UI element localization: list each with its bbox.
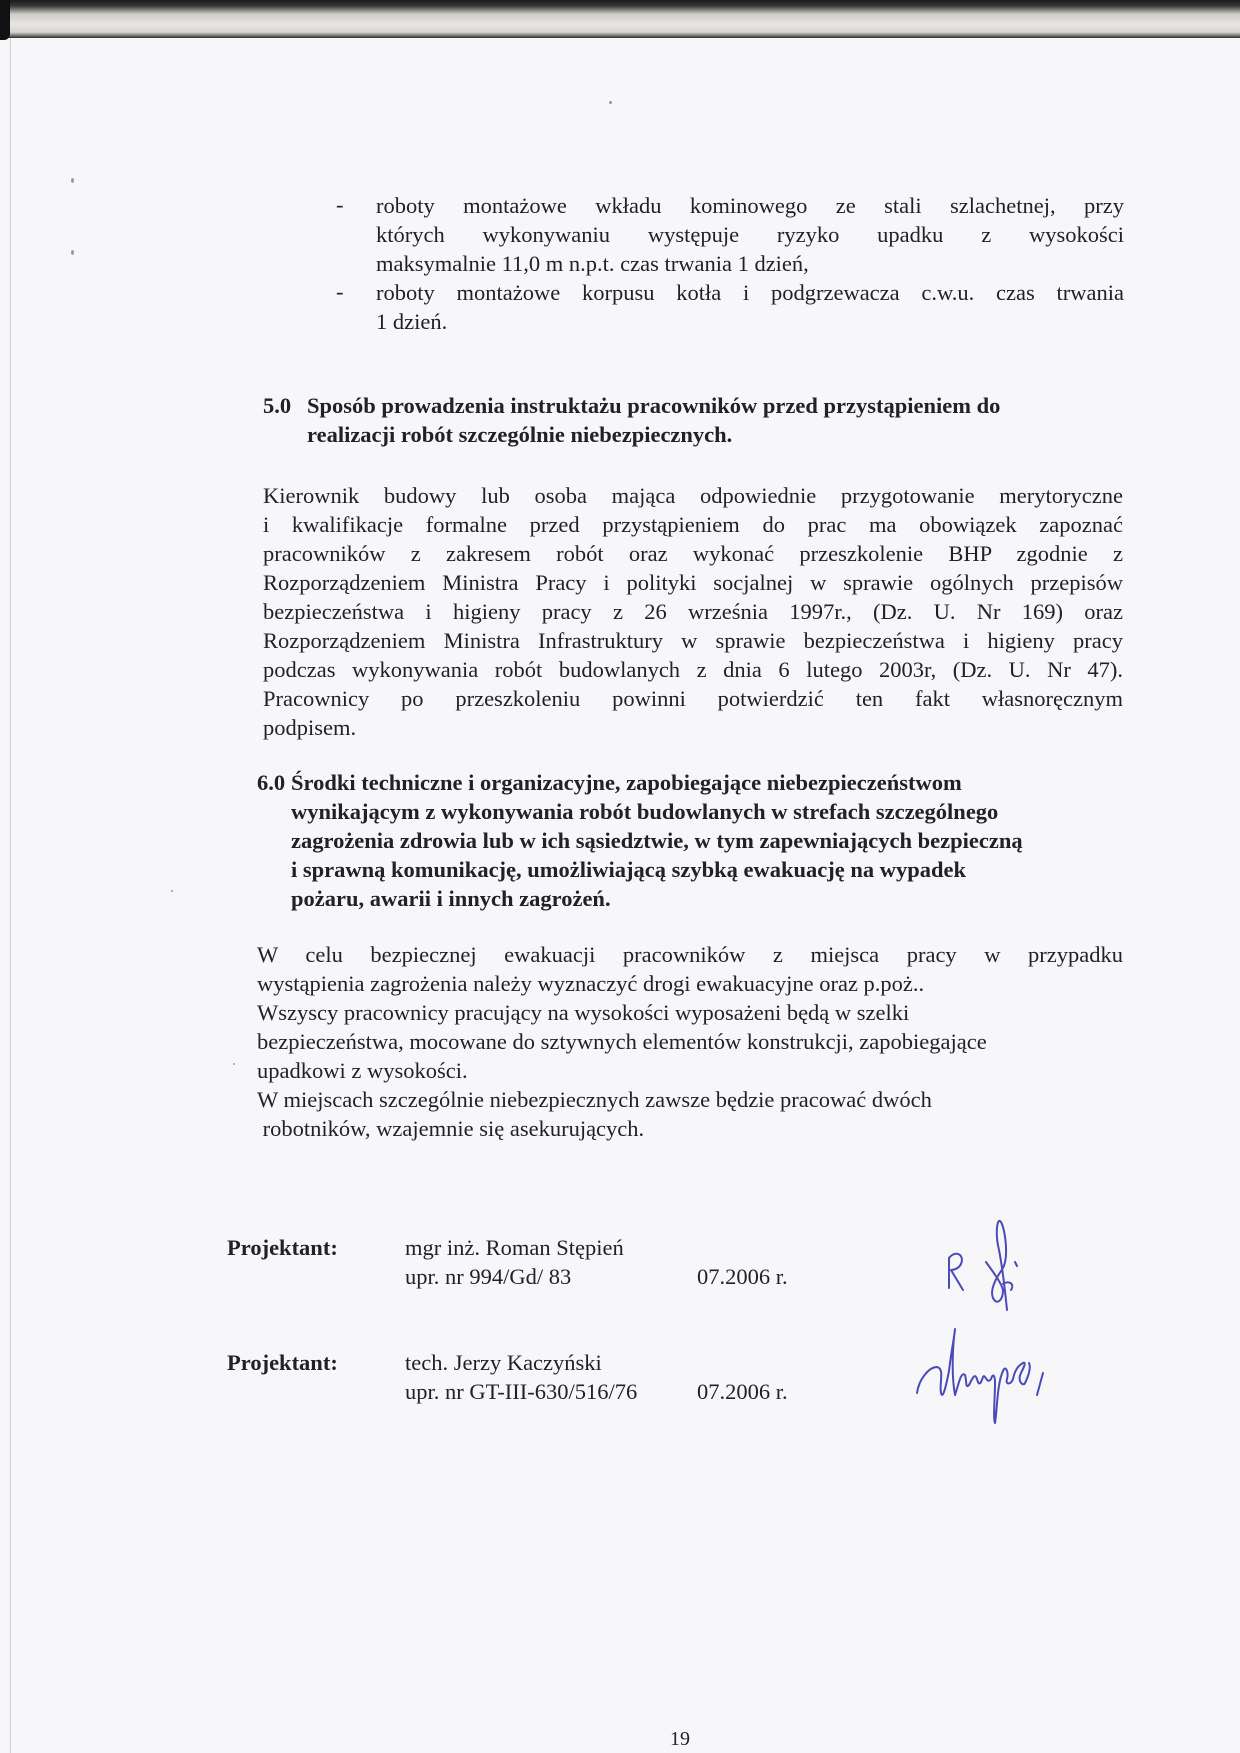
- scanner-corner: [0, 0, 10, 40]
- section-6-body: W celu bezpiecznej ewakuacji pracowników…: [257, 940, 1123, 1143]
- text-line: Pracownicy po przeszkoleniu powinni potw…: [263, 684, 1123, 713]
- text-line: Wszyscy pracownicy pracujący na wysokośc…: [257, 998, 1123, 1027]
- scan-speck: [609, 101, 612, 104]
- scan-speck: [233, 1063, 235, 1065]
- section-6-heading: 6.0 Środki techniczne i organizacyjne, z…: [257, 768, 1137, 913]
- text-line: Kierownik budowy lub osoba mająca odpowi…: [263, 481, 1123, 510]
- section-number: 5.0: [263, 391, 291, 420]
- text-line: wystąpienia zagrożenia należy wyznaczyć …: [257, 969, 1123, 998]
- text-line: robotników, wzajemnie się asekurujących.: [257, 1114, 1123, 1143]
- bullet-item: roboty montażowe korpusu kotła i podgrze…: [376, 278, 1124, 336]
- scan-speck: [71, 250, 74, 255]
- text-line: pracowników z zakresem robót oraz wykona…: [263, 539, 1123, 568]
- text-line: i sprawną komunikację, umożliwiającą szy…: [291, 855, 1137, 884]
- text-line: i kwalifikacje formalne przed przystąpie…: [263, 510, 1123, 539]
- section-number: 6.0: [257, 768, 285, 797]
- designer-name: mgr inż. Roman Stępień: [405, 1233, 624, 1262]
- handwritten-signature-icon: [911, 1323, 1061, 1433]
- text-line: upadkowi z wysokości.: [257, 1056, 1123, 1085]
- text-line: roboty montażowe wkładu kominowego ze st…: [376, 191, 1124, 220]
- text-line: realizacji robót szczególnie niebezpiecz…: [307, 420, 1133, 449]
- text-line: podczas wykonywania robót budowlanych z …: [263, 655, 1123, 684]
- text-line: zagrożenia zdrowia lub w ich sąsiedztwie…: [291, 826, 1137, 855]
- text-line: bezpieczeństwa, mocowane do sztywnych el…: [257, 1027, 1123, 1056]
- text-line: roboty montażowe korpusu kotła i podgrze…: [376, 278, 1124, 307]
- signature-label: Projektant:: [227, 1348, 338, 1377]
- text-line: których wykonywaniu występuje ryzyko upa…: [376, 220, 1124, 249]
- bullet-marker: -: [336, 192, 344, 218]
- license-number: upr. nr 994/Gd/ 83: [405, 1262, 571, 1291]
- section-5-body: Kierownik budowy lub osoba mająca odpowi…: [263, 481, 1123, 742]
- text-line: podpisem.: [263, 713, 1123, 742]
- text-line: W miejscach szczególnie niebezpiecznych …: [257, 1085, 1123, 1114]
- text-line: 1 dzień.: [376, 307, 1124, 336]
- license-number: upr. nr GT-III-630/516/76: [405, 1377, 637, 1406]
- signature-date: 07.2006 r.: [697, 1262, 788, 1291]
- text-line: Środki techniczne i organizacyjne, zapob…: [291, 768, 1137, 797]
- section-5-heading: 5.0 Sposób prowadzenia instruktażu praco…: [263, 391, 1133, 449]
- bullet-item: roboty montażowe wkładu kominowego ze st…: [376, 191, 1124, 278]
- signature-date: 07.2006 r.: [697, 1377, 788, 1406]
- handwritten-signature-icon: [941, 1210, 1031, 1320]
- text-line: Rozporządzeniem Ministra Pracy i polityk…: [263, 568, 1123, 597]
- text-line: wynikającym z wykonywania robót budowlan…: [291, 797, 1137, 826]
- text-line: pożaru, awarii i innych zagrożeń.: [291, 884, 1137, 913]
- text-line: W celu bezpiecznej ewakuacji pracowników…: [257, 940, 1123, 969]
- text-line: Sposób prowadzenia instruktażu pracownik…: [307, 391, 1133, 420]
- scan-speck: [71, 178, 74, 183]
- signature-label: Projektant:: [227, 1233, 338, 1262]
- page-number: 19: [670, 1728, 690, 1751]
- text-line: bezpieczeństwa i higieny pracy z 26 wrze…: [263, 597, 1123, 626]
- text-line: maksymalnie 11,0 m n.p.t. czas trwania 1…: [376, 249, 1124, 278]
- document-page: - roboty montażowe wkładu kominowego ze …: [10, 38, 1240, 1753]
- scan-speck: [171, 890, 173, 892]
- designer-name: tech. Jerzy Kaczyński: [405, 1348, 602, 1377]
- bullet-marker: -: [336, 279, 344, 305]
- text-line: Rozporządzeniem Ministra Infrastruktury …: [263, 626, 1123, 655]
- scanner-edge-shadow: [0, 0, 1240, 38]
